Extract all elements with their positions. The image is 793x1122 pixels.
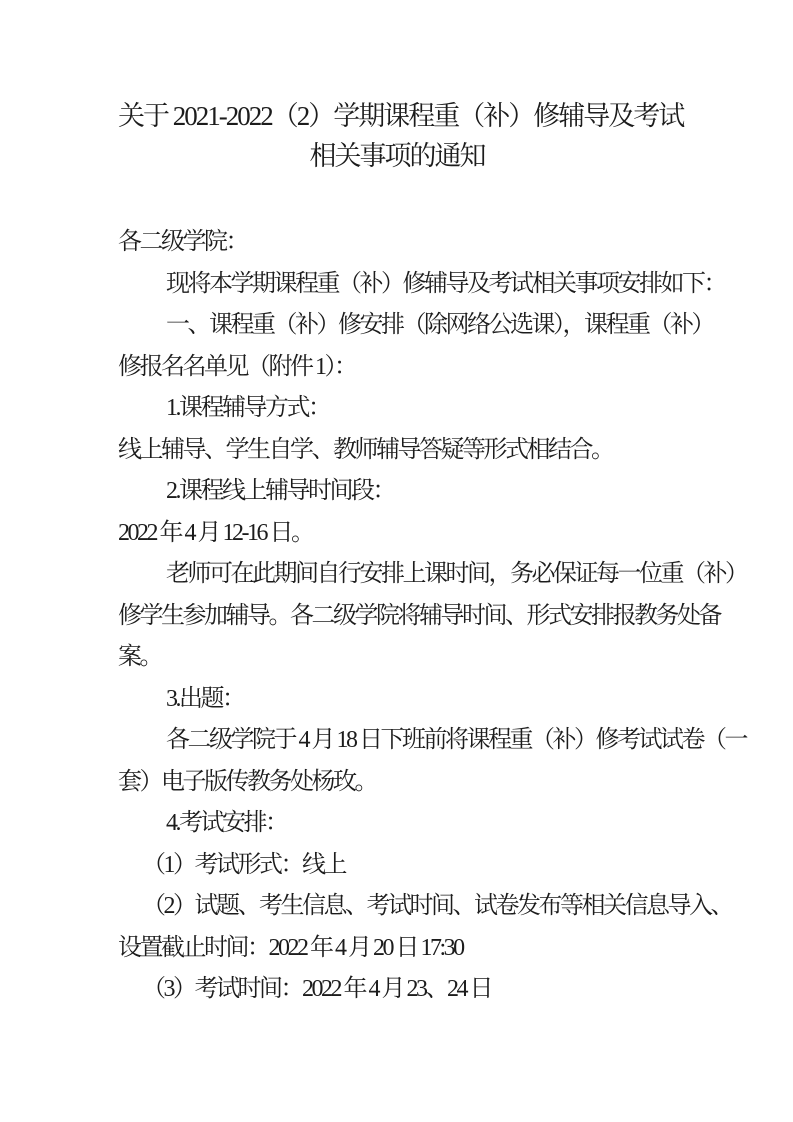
text-line: 各二级学院于 4 月 18 日下班前将课程重（补）修考试试卷（一	[118, 720, 676, 762]
text-line: 老师可在此期间自行安排上课时间，务必保证每一位重（补）	[118, 554, 676, 596]
text-line: 套）电子版传教务处杨玫。	[118, 762, 676, 804]
text-line: 现将本学期课程重（补）修辅导及考试相关事项安排如下：	[118, 264, 676, 306]
text-line: 各二级学院：	[118, 222, 676, 264]
text-line: 1.课程辅导方式：	[118, 388, 676, 430]
text-line: 3.出题：	[118, 679, 676, 721]
text-line: 修学生参加辅导。各二级学院将辅导时间、形式安排报教务处备	[118, 596, 676, 638]
document-content: 关于 2021-2022（2）学期课程重（补）修辅导及考试 相关事项的通知 各二…	[118, 96, 676, 1011]
text-line: 2022 年 4 月 12-16 日。	[118, 513, 676, 555]
text-line: 线上辅导、学生自学、教师辅导答疑等形式相结合。	[118, 430, 676, 472]
text-line: （1）考试形式：线上	[118, 845, 676, 887]
text-line: （2）试题、考生信息、考试时间、试卷发布等相关信息导入、	[118, 886, 676, 928]
document-title: 关于 2021-2022（2）学期课程重（补）修辅导及考试 相关事项的通知	[118, 96, 676, 176]
text-line: 一、课程重（补）修安排（除网络公选课），课程重（补）	[118, 305, 676, 347]
text-line: （3）考试时间：2022 年 4 月 23、24 日	[118, 969, 676, 1011]
document-title-line-1: 关于 2021-2022（2）学期课程重（补）修辅导及考试	[118, 96, 676, 136]
document-title-line-2: 相关事项的通知	[118, 136, 676, 176]
document-page: 关于 2021-2022（2）学期课程重（补）修辅导及考试 相关事项的通知 各二…	[0, 0, 793, 1122]
text-line: 案。	[118, 637, 676, 679]
text-line: 2.课程线上辅导时间段：	[118, 471, 676, 513]
text-line: 修报名名单见（附件 1）：	[118, 347, 676, 389]
text-line: 设置截止时间：2022 年 4 月 20 日 17:30	[118, 928, 676, 970]
text-line: 4.考试安排：	[118, 803, 676, 845]
document-body: 各二级学院：现将本学期课程重（补）修辅导及考试相关事项安排如下：一、课程重（补）…	[118, 222, 676, 1011]
